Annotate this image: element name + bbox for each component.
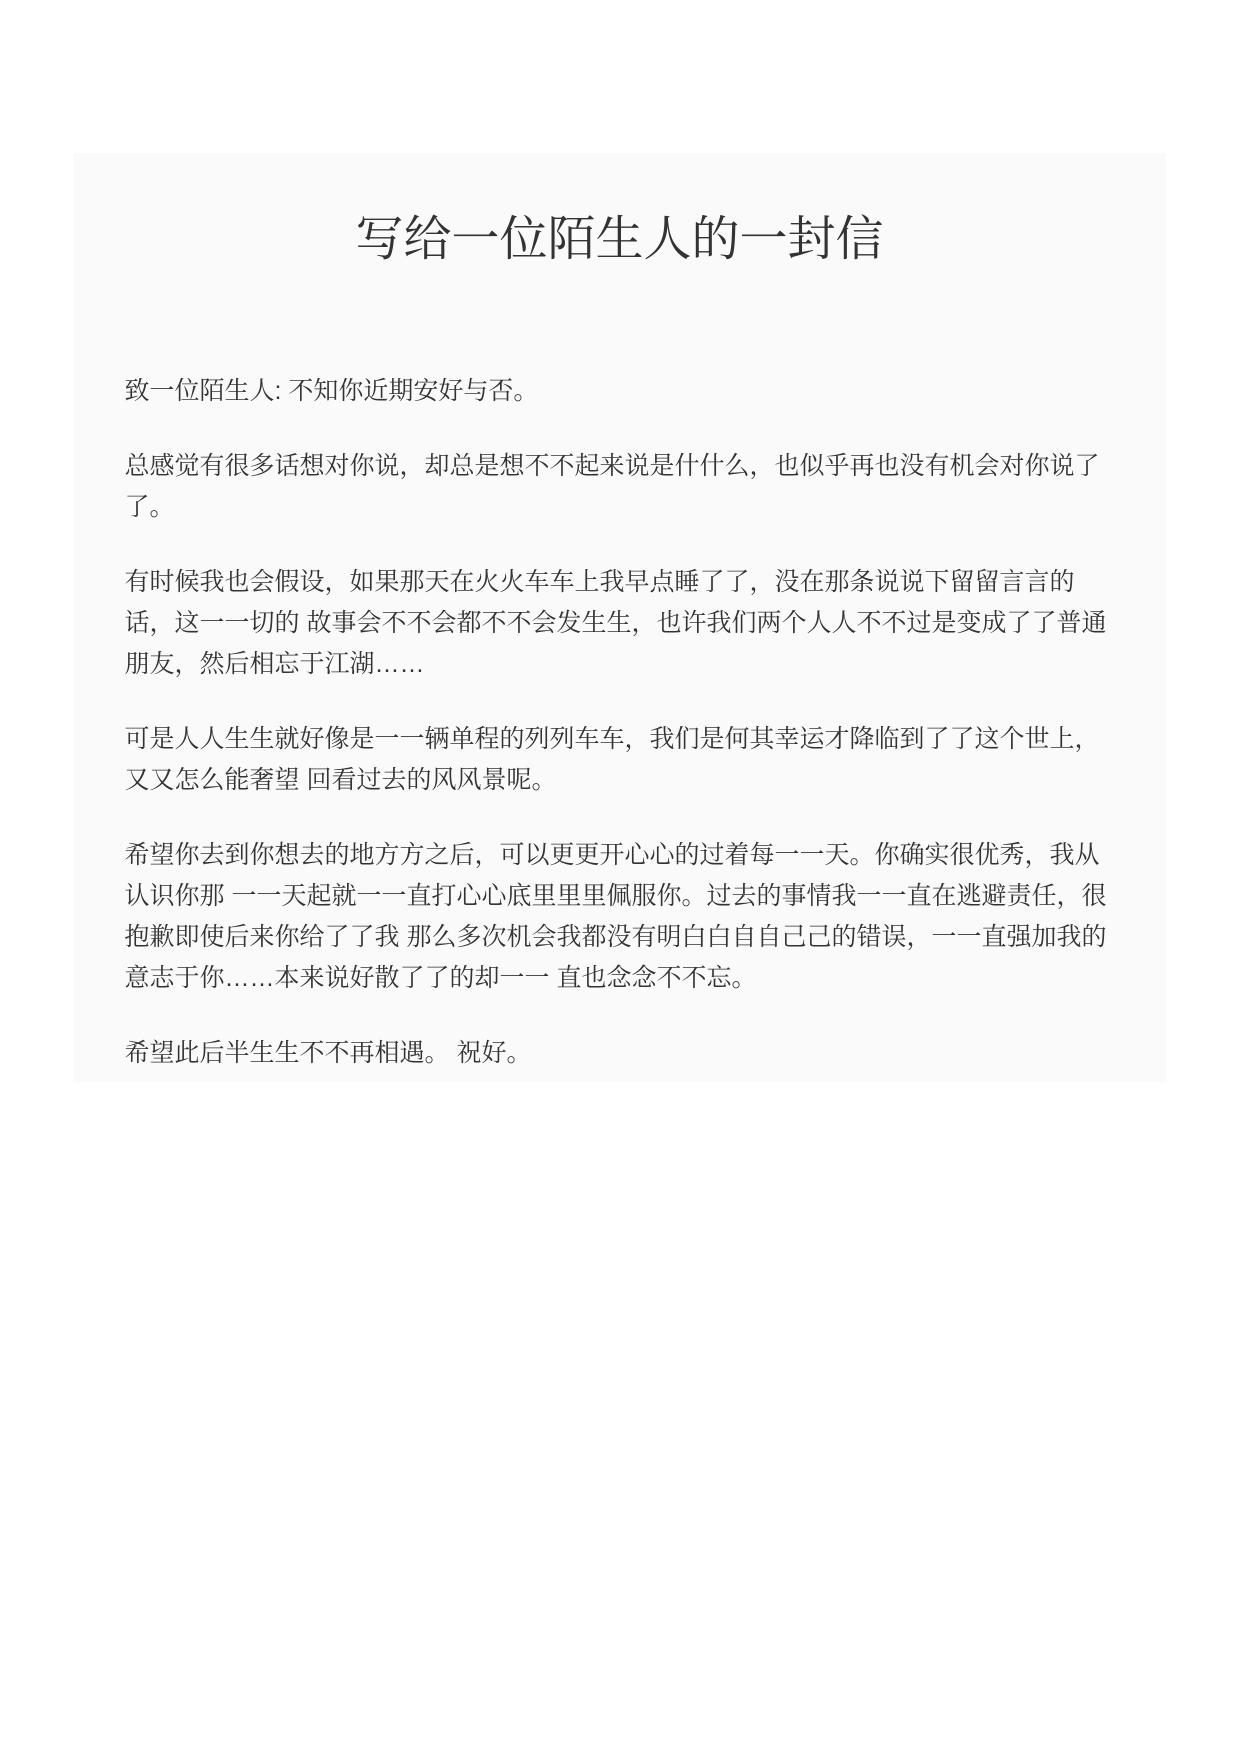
letter-paragraph: 希望此后半生生不不再相遇。 祝好。 — [125, 1033, 1115, 1074]
letter-paragraph: 可是人人生生就好像是一一辆单程的列列车车，我们是何其幸运才降临到了了这个世上，又… — [125, 719, 1115, 801]
page: 写给一位陌生人的一封信 致一位陌生人: 不知你近期安好与否。总感觉有很多话想对你… — [0, 0, 1239, 1754]
letter-title: 写给一位陌生人的一封信 — [125, 205, 1115, 275]
letter-paragraph: 希望你去到你想去的地方方之后，可以更更开心心的过着每一一天。你确实很优秀，我从认… — [125, 835, 1115, 999]
letter-paragraph: 有时候我也会假设，如果那天在火火车车上我早点睡了了，没在那条说说下留留言言的话，… — [125, 562, 1115, 685]
letter-paragraph: 致一位陌生人: 不知你近期安好与否。 — [125, 371, 1115, 412]
letter-body: 致一位陌生人: 不知你近期安好与否。总感觉有很多话想对你说，却总是想不不起来说是… — [125, 371, 1115, 1074]
letter-card: 写给一位陌生人的一封信 致一位陌生人: 不知你近期安好与否。总感觉有很多话想对你… — [74, 153, 1166, 1082]
letter-paragraph: 总感觉有很多话想对你说，却总是想不不起来说是什什么，也似乎再也没有机会对你说了了… — [125, 446, 1115, 528]
